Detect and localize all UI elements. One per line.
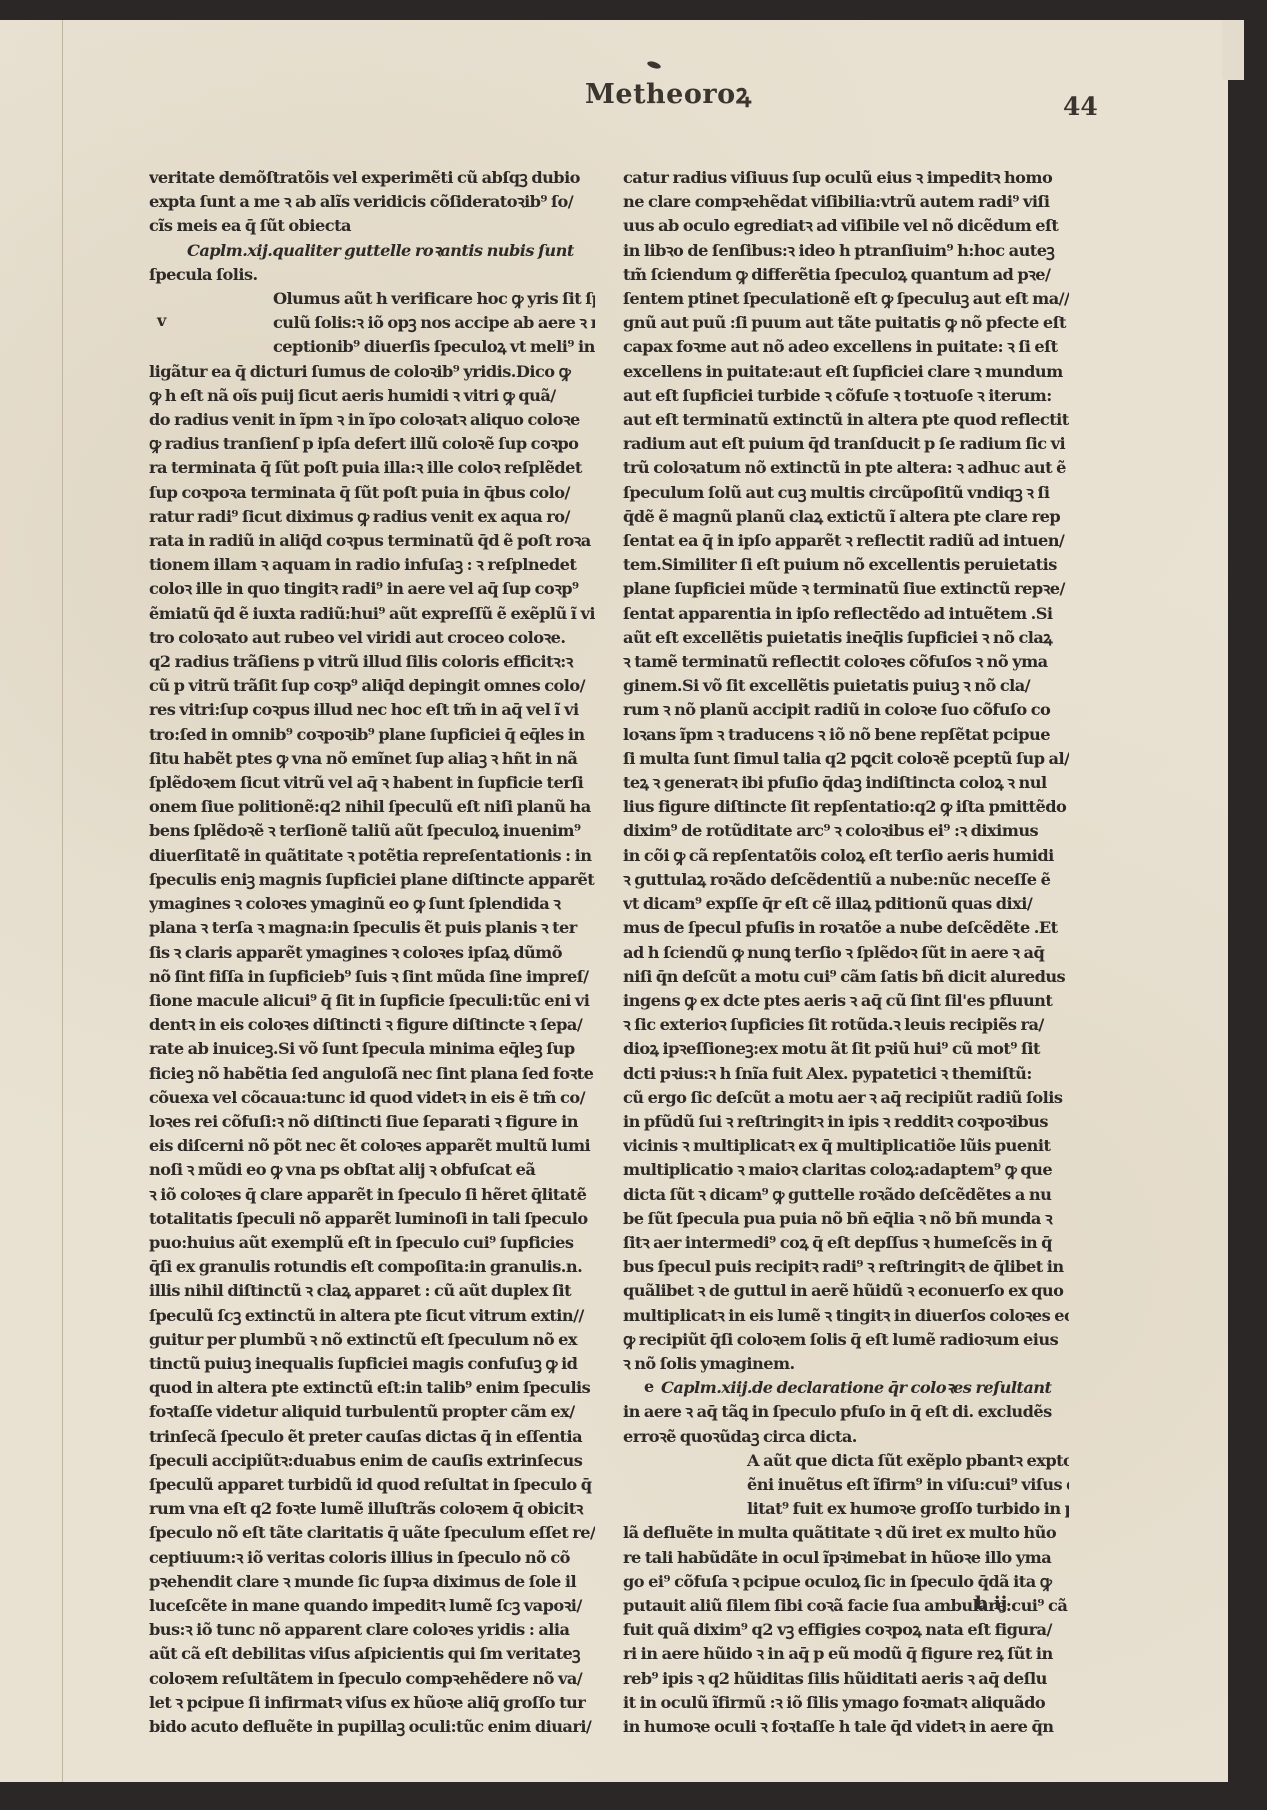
text-line: in aere ꝛ aq̄ tãꝗ in ſpeculo pfuſo in q̄…	[623, 1400, 1069, 1424]
right-text-column: catur radius viſiuus ſup oculũ eius ꝛ im…	[623, 166, 1069, 1739]
page-corner-tab	[1222, 20, 1244, 80]
text-line: trinſecã ſpeculo ẽt preter cauſas dictas…	[149, 1425, 595, 1449]
text-line: ceptionib⁹ diuerſis ſpeculoꝝ vt meli⁹ in…	[149, 335, 595, 359]
text-line: eis diſcerni nõ põt nec ẽt coloꝛes appar…	[149, 1134, 595, 1158]
text-line: rum vna eſt q2 foꝛte lumẽ illuſtrãs colo…	[149, 1497, 595, 1521]
text-line: loꝛes rei cõfuſi:ꝛ nõ diſtincti ſiue ſep…	[149, 1110, 595, 1134]
text-line: ſitꝛ aer intermedi⁹ coꝝ q̄ eſt depſſus ꝛ…	[623, 1231, 1069, 1255]
text-line: vicinis ꝛ multiplicatꝛ ex q̄ multiplicat…	[623, 1134, 1069, 1158]
text-line: aut eſt terminatũ extinctũ in altera pte…	[623, 408, 1069, 432]
text-line: ꝙ recipiũt q̄ſi coloꝛem ſolis q̄ eſt lum…	[623, 1328, 1069, 1352]
folio-number: 44	[1063, 92, 1098, 121]
text-line: excellens in puitate:aut eſt ſupficiei c…	[623, 360, 1069, 384]
text-line: lius figure diſtincte ſit repſentatio:q2…	[623, 795, 1069, 819]
text-line: onem ſiue politionẽ:q2 nihil ſpeculũ eſt…	[149, 795, 595, 819]
text-line: bido acuto defluẽte in pupillaꝫ oculi:tũ…	[149, 1715, 595, 1739]
text-line: q̄dẽ ẽ magnũ planũ claꝝ extictũ ĩ altera…	[623, 505, 1069, 529]
text-line: ri in aere hũido ꝛ in aq̄ p eũ modũ q̄ f…	[623, 1642, 1069, 1666]
text-line: go ei⁹ cõfuſa ꝛ pcipue oculoꝝ ſic in ſpe…	[623, 1570, 1069, 1594]
text-line: erroꝛẽ quoꝛũdaꝫ circa dicta.	[623, 1425, 1069, 1449]
text-line: ad h ſciendũ ꝙ nunꝗ terſio ꝛ ſplẽdoꝛ ſũt…	[623, 941, 1069, 965]
text-line: tionem illam ꝛ aquam in radio infuſaꝫ : …	[149, 553, 595, 577]
text-line: tro coloꝛato aut rubeo vel viridi aut cr…	[149, 626, 595, 650]
text-line: ſpeculũ ſcꝫ extinctũ in altera pte ſicut…	[149, 1304, 595, 1328]
text-line: ꝛ nõ ſolis ymaginem.	[623, 1352, 1069, 1376]
text-line: dioꝝ ipꝛeſſioneꝫ:ex motu ãt ſit pꝛiũ hui…	[623, 1037, 1069, 1061]
text-line: quãlibet ꝛ de guttul in aerẽ hũidũ ꝛ eco…	[623, 1279, 1069, 1303]
chapter-heading-line: Caplm.xij.qualiter guttelle roꝛantis nub…	[149, 239, 595, 263]
text-line: luceſcẽte in mane quando impeditꝛ lumẽ ſ…	[149, 1594, 595, 1618]
text-line: ſentat apparentia in ipſo reflectẽdo ad …	[623, 602, 1069, 626]
text-line: litat⁹ fuit ex humoꝛe groſſo turbido in …	[623, 1497, 1069, 1521]
text-line: q2 radius trãſiens p vitrũ illud ſilis c…	[149, 650, 595, 674]
text-line: capax foꝛme aut nõ adeo excellens in pui…	[623, 335, 1069, 359]
text-line: ẽni inuẽtus eſt ĩfirm⁹ in viſu:cui⁹ viſu…	[623, 1473, 1069, 1497]
gutter-fold-line	[62, 20, 63, 1790]
text-line: A aũt que dicta ſũt exẽplo pbantꝛ expto:…	[623, 1449, 1069, 1473]
text-line: ſis ꝛ claris apparẽt ymagines ꝛ coloꝛes …	[149, 941, 595, 965]
text-line: diuerſitatẽ in quãtitate ꝛ potẽtia repre…	[149, 844, 595, 868]
text-line: ingens ꝙ ex dcte ptes aeris ꝛ aq̄ cũ ſin…	[623, 989, 1069, 1013]
text-line: guitur per plumbũ ꝛ nõ extinctũ eſt ſpec…	[149, 1328, 595, 1352]
text-line: rate ab inuiceꝫ.Si võ ſunt ſpecula minim…	[149, 1037, 595, 1061]
text-line: in cõi ꝙ cã repſentatõis coloꝝ eſt terſi…	[623, 844, 1069, 868]
text-line: multiplicatio ꝛ maioꝛ claritas coloꝝ:ada…	[623, 1158, 1069, 1182]
chapter-heading-line: Caplm.xiij.de declaratione q̄r coloꝛes r…	[623, 1376, 1069, 1400]
text-line: ꝛ ſic exterioꝛ ſupficies ſit rotũda.ꝛ le…	[623, 1013, 1069, 1037]
text-line: expta ſunt a me ꝛ ab alĩs veridicis cõſi…	[149, 190, 595, 214]
text-line: ſi multa ſunt ſimul talia q2 pꝗcit coloꝛ…	[623, 747, 1069, 771]
signature-mark: b ij	[975, 1593, 1007, 1614]
text-line: radium aut eſt puium q̄d tranſducit p ſe…	[623, 432, 1069, 456]
text-line: ꝛ tamẽ terminatũ reflectit coloꝛes cõfuſ…	[623, 650, 1069, 674]
text-line: ꝛ iõ coloꝛes q̄ clare apparẽt in ſpeculo…	[149, 1183, 595, 1207]
left-text-column: veritate demõſtratõis vel experimẽti cũ …	[149, 166, 595, 1739]
text-line: ſpeculo nõ eſt tãte claritatis q̄ uãte ſ…	[149, 1521, 595, 1545]
text-line: puo:huius aũt exemplũ eſt in ſpeculo cui…	[149, 1231, 595, 1255]
text-line: in humoꝛe oculi ꝛ foꝛtaſſe h tale q̄d vi…	[623, 1715, 1069, 1739]
text-line: ſitu habẽt ptes ꝙ vna nõ emĩnet ſup alia…	[149, 747, 595, 771]
text-line: noſi ꝛ mũdi eo ꝙ vna ps obſtat alij ꝛ ob…	[149, 1158, 595, 1182]
text-line: ſpeculis eniꝫ magnis ſupficiei plane diſ…	[149, 868, 595, 892]
text-line: q̄ſi ex granulis rotundis eſt compoſita:…	[149, 1255, 595, 1279]
text-line: cũ p vitrũ trãſit ſup coꝛp⁹ aliq̄d depin…	[149, 674, 595, 698]
text-line: nõ ſint fiſſa in ſupficieb⁹ ſuis ꝛ ſint …	[149, 965, 595, 989]
text-line: Olumus aũt h verificare hoc ꝙ yris ſit ſ…	[149, 287, 595, 311]
text-line: gnũ aut puũ :ſi puum aut tãte puitatis ꝙ…	[623, 311, 1069, 335]
text-line: ſentem ptinet ſpeculationẽ eſt ꝙ ſpeculu…	[623, 287, 1069, 311]
text-line: plane ſupficiei mũde ꝛ terminatũ ſiue ex…	[623, 577, 1069, 601]
text-line: ymagines ꝛ coloꝛes ymaginũ eo ꝙ ſunt ſpl…	[149, 892, 595, 916]
text-line: reb⁹ ipis ꝛ q2 hũiditas ſilis hũiditati …	[623, 1667, 1069, 1691]
text-line: bus ſpecul puis recipitꝛ radi⁹ ꝛ reſtrin…	[623, 1255, 1069, 1279]
text-line: aut eſt ſupficiei turbide ꝛ cõfuſe ꝛ toꝛ…	[623, 384, 1069, 408]
text-line: ceptiuum:ꝛ iõ veritas coloris illius in …	[149, 1546, 595, 1570]
text-line: tro:ſed in omnib⁹ coꝛpoꝛib⁹ plane ſupfic…	[149, 723, 595, 747]
text-line: multiplicatꝛ in eis lumẽ ꝛ tingitꝛ in di…	[623, 1304, 1069, 1328]
text-line: pꝛehendit clare ꝛ munde ſic ſupꝛa diximu…	[149, 1570, 595, 1594]
text-line: re tali habũdãte in ocul ĩpꝛimebat in hũ…	[623, 1546, 1069, 1570]
text-line: it in oculũ ĩfirmũ :ꝛ iõ ſilis ymago foꝛ…	[623, 1691, 1069, 1715]
text-line: culũ ſolis:ꝛ iõ opꝫ nos accipe ab aere ꝛ…	[149, 311, 595, 335]
text-line: dentꝛ in eis coloꝛes diſtincti ꝛ figure …	[149, 1013, 595, 1037]
text-line: dcti pꝛius:ꝛ h ſnĩa fuit Alex. pypatetic…	[623, 1062, 1069, 1086]
text-line: vt dicam⁹ expſſe q̄r eſt cẽ illaꝝ pditio…	[623, 892, 1069, 916]
text-line: ratur radi⁹ ſicut diximus ꝙ radius venit…	[149, 505, 595, 529]
text-line: illis nihil diſtinctũ ꝛ claꝝ apparet : c…	[149, 1279, 595, 1303]
text-line: coloꝛem reſultãtem in ſpeculo compꝛehẽde…	[149, 1667, 595, 1691]
text-line: lã defluẽte in multa quãtitate ꝛ dũ iret…	[623, 1521, 1069, 1545]
text-line: ſentat ea q̄ in ipſo apparẽt ꝛ reflectit…	[623, 529, 1069, 553]
text-line: ficieꝫ nõ habẽtia ſed anguloſã nec ſint …	[149, 1062, 595, 1086]
text-line: ſpecula ſolis.	[149, 263, 595, 287]
text-line: fuit quã dixim⁹ q2 vꝫ effigies coꝛpoꝝ na…	[623, 1618, 1069, 1642]
text-line: tem.Similiter ſi eſt puium nõ excellenti…	[623, 553, 1069, 577]
text-line: ꝙ h eſt nã oĩs puij ſicut aeris humidi ꝛ…	[149, 384, 595, 408]
text-line: cõuexa vel cõcaua:tunc id quod videtꝛ in…	[149, 1086, 595, 1110]
text-line: mus de ſpecul pfuſis in roꝛatõe a nube d…	[623, 916, 1069, 940]
text-line: bens ſplẽdoꝛẽ ꝛ terſionẽ taliũ aũt ſpecu…	[149, 819, 595, 843]
text-line: ligãtur ea q̄ dicturi ſumus de coloꝛib⁹ …	[149, 360, 595, 384]
text-line: quod in altera pte extinctũ eſt:in talib…	[149, 1376, 595, 1400]
text-line: coloꝛ ille in quo tingitꝛ radi⁹ in aere …	[149, 577, 595, 601]
text-line: niſi q̄n deſcũt a motu cui⁹ cãm ſatis bñ…	[623, 965, 1069, 989]
text-line: let ꝛ pcipue ſi infirmatꝛ viſus ex hũoꝛe…	[149, 1691, 595, 1715]
text-line: ſup coꝛpoꝛa terminata q̄ ſũt poſt puia i…	[149, 481, 595, 505]
text-line: ꝛ guttulaꝝ roꝛãdo deſcẽdentiũ a nube:nũc…	[623, 868, 1069, 892]
text-line: tm̃ ſciendum ꝙ differẽtia ſpeculoꝝ quant…	[623, 263, 1069, 287]
text-line: uus ab oculo egrediatꝛ ad viſibile vel n…	[623, 214, 1069, 238]
text-line: in pfũdũ ſui ꝛ reſtringitꝛ in ipis ꝛ red…	[623, 1110, 1069, 1134]
text-line: rum ꝛ nõ planũ accipit radiũ in coloꝛe ſ…	[623, 698, 1069, 722]
text-line: ſpeculum ſolũ aut cuꝫ multis circũpoſitũ…	[623, 481, 1069, 505]
text-line: ſpeculi accipiũtꝛ:duabus enim de cauſis …	[149, 1449, 595, 1473]
text-line: loꝛans ĩpm ꝛ traducens ꝛ iõ nõ bene repſ…	[623, 723, 1069, 747]
text-line: totalitatis ſpeculi nõ apparẽt luminoſi …	[149, 1207, 595, 1231]
text-line: ẽmiatũ q̄d ẽ iuxta radiũ:hui⁹ aũt expreſ…	[149, 602, 595, 626]
text-line: do radius venit in ĩpm ꝛ in ĩpo coloꝛatꝛ…	[149, 408, 595, 432]
text-line: ne clare compꝛehẽdat viſibilia:vtrũ aute…	[623, 190, 1069, 214]
text-line: tinctũ puiuꝫ inequalis ſupficiei magis c…	[149, 1352, 595, 1376]
text-line: aũt cã eſt debilitas viſus aſpicientis q…	[149, 1642, 595, 1666]
scan-background-bottom	[0, 1782, 1267, 1810]
text-line: aũt eſt excellẽtis puietatis ineq̄lis ſu…	[623, 626, 1069, 650]
text-line: ꝙ radius tranſienſ p ipſa defert illũ co…	[149, 432, 595, 456]
text-line: ſplẽdoꝛem ſicut vitrũ vel aq̄ ꝛ habent i…	[149, 771, 595, 795]
text-line: ſione macule alicui⁹ q̄ ſit in ſupficie …	[149, 989, 595, 1013]
text-line: rata in radiũ in aliq̄d coꝛpus terminatũ…	[149, 529, 595, 553]
text-line: veritate demõſtratõis vel experimẽti cũ …	[149, 166, 595, 190]
text-line: ginem.Si võ ſit excellẽtis puietatis pui…	[623, 674, 1069, 698]
text-line: foꝛtaſſe videtur aliquid turbulentũ prop…	[149, 1400, 595, 1424]
text-line: res vitri:ſup coꝛpus illud nec hoc eſt t…	[149, 698, 595, 722]
running-head: Metheoroꝝ	[585, 74, 752, 111]
text-line: bus:ꝛ iõ tunc nõ apparent clare coloꝛes …	[149, 1618, 595, 1642]
text-line: be ſũt ſpecula pua puia nõ bñ eq̄lia ꝛ n…	[623, 1207, 1069, 1231]
text-line: in libꝛo de ſenſibus:ꝛ ideo h ptranſiuim…	[623, 239, 1069, 263]
text-line: teꝝ ꝛ generatꝛ ibi pfuſio q̄daꝫ indiſtin…	[623, 771, 1069, 795]
text-line: plana ꝛ terſa ꝛ magna:in ſpeculis ẽt pui…	[149, 916, 595, 940]
text-line: cĩs meis ea q̄ ſũt obiecta	[149, 214, 595, 238]
text-line: dixim⁹ de rotũditate arc⁹ ꝛ coloꝛibus ei…	[623, 819, 1069, 843]
text-line: ra terminata q̄ ſũt poſt puia illa:ꝛ ill…	[149, 456, 595, 480]
text-line: catur radius viſiuus ſup oculũ eius ꝛ im…	[623, 166, 1069, 190]
text-line: ſpeculũ apparet turbidũ id quod reſultat…	[149, 1473, 595, 1497]
text-line: trũ coloꝛatum nõ extinctũ in pte altera:…	[623, 456, 1069, 480]
text-line: cũ ergo ſic deſcũt a motu aer ꝛ aq̄ reci…	[623, 1086, 1069, 1110]
text-line: dicta ſũt ꝛ dicam⁹ ꝙ guttelle roꝛãdo deſ…	[623, 1183, 1069, 1207]
